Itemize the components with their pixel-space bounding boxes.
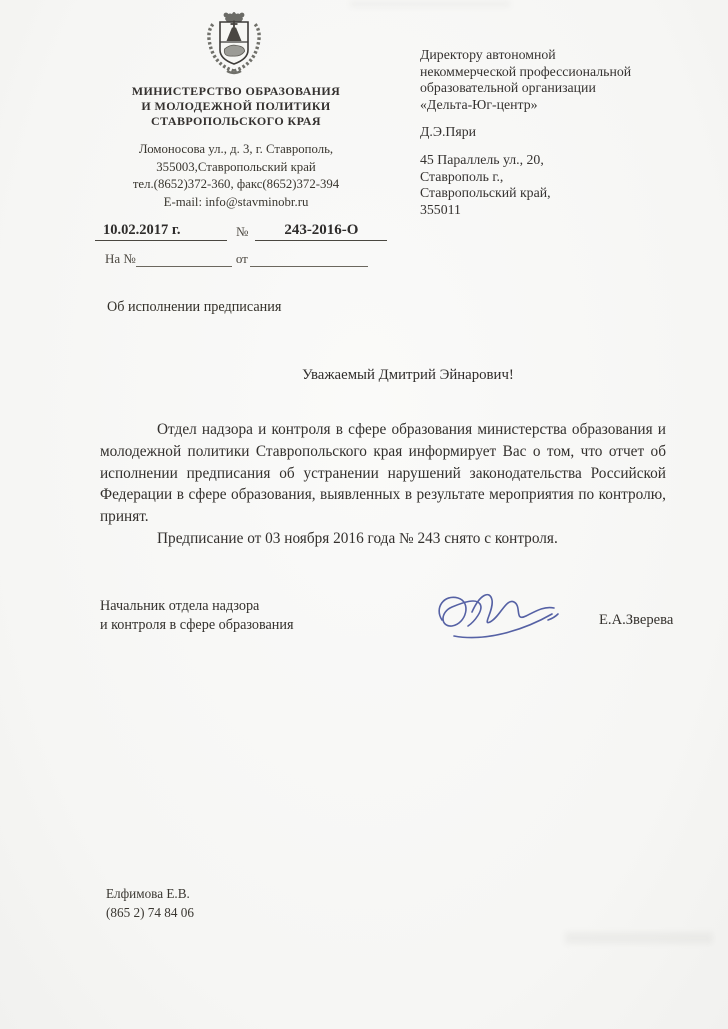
body-paragraph: Отдел надзора и контроля в сфере образов… — [100, 419, 666, 528]
scan-artifact — [565, 932, 713, 944]
body-paragraph: Предписание от 03 ноября 2016 года № 243… — [100, 528, 666, 550]
letter-date: 10.02.2017 г. — [95, 222, 227, 241]
letterhead-email: E-mail: info@stavminobr.ru — [85, 194, 387, 212]
ministry-name: МИНИСТЕРСТВО ОБРАЗОВАНИЯ И МОЛОДЕЖНОЙ ПО… — [85, 84, 387, 129]
signer-title: Начальник отдела надзора и контроля в сф… — [100, 597, 294, 635]
executor-contact: Елфимова Е.В. (865 2) 74 84 06 — [106, 884, 194, 922]
letter-number: 243-2016-О — [255, 222, 387, 241]
letterhead-address: Ломоносова ул., д. 3, г. Ставрополь, 355… — [85, 141, 387, 211]
recipient-block: Директору автономной некоммерческой проф… — [420, 47, 716, 218]
date-number-row: 10.02.2017 г. № 243-2016-О — [95, 222, 391, 241]
stavropol-krai-coat-of-arms-icon — [203, 6, 265, 78]
letter-body: Отдел надзора и контроля в сфере образов… — [100, 419, 666, 550]
ministry-name-line: МИНИСТЕРСТВО ОБРАЗОВАНИЯ — [85, 84, 387, 99]
salutation: Уважаемый Дмитрий Эйнарович! — [100, 367, 716, 384]
number-sign: № — [236, 224, 248, 240]
ref-ot-label: от — [236, 251, 248, 267]
reference-row: На № от — [105, 251, 391, 267]
scan-artifact — [350, 1, 510, 7]
letter-subject: Об исполнении предписания — [107, 299, 281, 316]
ref-number-blank — [136, 252, 232, 267]
recipient-line: Директору автономной — [420, 47, 716, 64]
letterhead-address-line: Ломоносова ул., д. 3, г. Ставрополь, — [85, 141, 387, 159]
handwritten-signature-icon — [428, 580, 584, 654]
ref-date-blank — [250, 252, 368, 267]
signer-title-line: Начальник отдела надзора — [100, 597, 294, 616]
recipient-address-line: 45 Параллель ул., 20, — [420, 152, 716, 169]
executor-name: Елфимова Е.В. — [106, 884, 194, 903]
letterhead-address-line: 355003,Ставропольский край — [85, 159, 387, 177]
recipient-line: некоммерческой профессиональной — [420, 64, 716, 81]
recipient-line: образовательной организации — [420, 80, 716, 97]
recipient-name: Д.Э.Пяри — [420, 124, 716, 141]
recipient-address-line: Ставрополь г., — [420, 169, 716, 186]
ministry-name-line: СТАВРОПОЛЬСКОГО КРАЯ — [85, 114, 387, 129]
recipient-line: «Дельта-Юг-центр» — [420, 97, 716, 114]
signer-name: Е.А.Зверева — [599, 612, 673, 629]
recipient-address-line: Ставропольский край, — [420, 185, 716, 202]
ministry-name-line: И МОЛОДЕЖНОЙ ПОЛИТИКИ — [85, 99, 387, 114]
ref-prefix: На № — [105, 251, 136, 267]
executor-phone: (865 2) 74 84 06 — [106, 903, 194, 922]
signer-title-line: и контроля в сфере образования — [100, 616, 294, 635]
letterhead-address-line: тел.(8652)372-360, факс(8652)372-394 — [85, 176, 387, 194]
recipient-address-line: 355011 — [420, 202, 716, 219]
scanned-letter-page: МИНИСТЕРСТВО ОБРАЗОВАНИЯ И МОЛОДЕЖНОЙ ПО… — [0, 0, 728, 1029]
